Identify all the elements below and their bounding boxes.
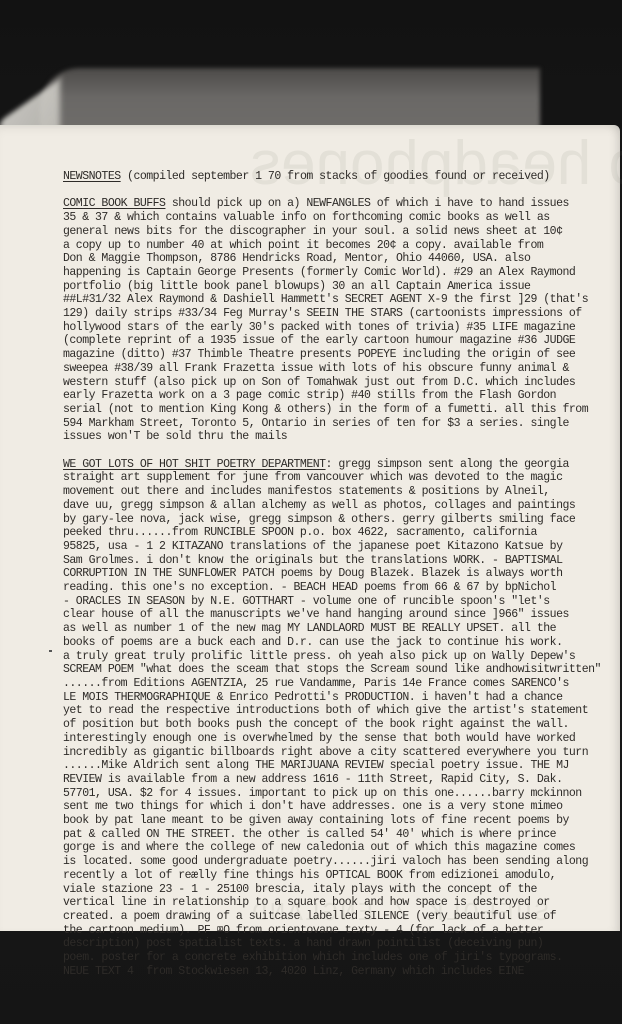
line-text: ......Mike Aldrich sent along THE MARIJU…: [63, 758, 569, 772]
text-line: portfolio (big little book panel blowups…: [63, 280, 547, 294]
text-line: yet to read the respective introductions…: [63, 704, 547, 718]
text-line: hollywood stars of the early 30's packed…: [63, 321, 547, 335]
line-text: 594 Markham Street, Toronto 5, Ontario i…: [63, 416, 569, 430]
line-text: sweepea #38/39 all Frank Frazetta issue …: [63, 361, 569, 375]
line-text: books of poems are a buck each and D.r. …: [63, 635, 562, 649]
line-text: as well as number 1 of the new mag MY LA…: [63, 621, 556, 635]
line-text: issues won'T be sold thru the mails: [63, 429, 287, 443]
newsnotes-subtitle: (compiled september 1 70 from stacks of …: [121, 169, 550, 183]
line-text: NEUE TEXT 4 from Stockwiesen 13, 4020 Li…: [63, 964, 524, 978]
text-line: poem. poster for a concrete exhibition w…: [63, 951, 547, 965]
line-text: LE MOIS THERMOGRAPHIQUE & Enrico Pedrott…: [63, 690, 562, 704]
text-line: a truly great truly prolific little pres…: [63, 650, 547, 664]
text-line: magazine (ditto) #37 Thimble Theatre pre…: [63, 348, 547, 362]
line-text: gorge is and where the college of new ca…: [63, 840, 575, 854]
line-text: CORRUPTION IN THE SUNFLOWER PATCH poems …: [63, 566, 562, 580]
text-line: ##L#31/32 Alex Raymond & Dashiell Hammet…: [63, 293, 547, 307]
text-line: vertical line in relationship to a squar…: [63, 896, 547, 910]
text-line: dave uu, gregg simpson & allan alchemy a…: [63, 499, 547, 513]
text-line: 95825, usa - 1 2 KITAZANO translations o…: [63, 540, 547, 554]
line-text: portfolio (big little book panel blowups…: [63, 279, 530, 293]
text-line: 129) daily strips #33/34 Feg Murray's SE…: [63, 307, 547, 321]
line-text: : gregg simpson sent along the georgia: [326, 457, 569, 471]
line-text: should pick up on a) NEWFANGLES of which…: [165, 196, 568, 210]
text-line: LE MOIS THERMOGRAPHIQUE & Enrico Pedrott…: [63, 691, 547, 705]
line-text: 129) daily strips #33/34 Feg Murray's SE…: [63, 306, 582, 320]
line-text: 35 & 37 & which contains valuable info o…: [63, 210, 550, 224]
text-line: 594 Markham Street, Toronto 5, Ontario i…: [63, 417, 547, 431]
text-line: books of poems are a buck each and D.r. …: [63, 636, 547, 650]
text-line: description) post spatialist texts. a ha…: [63, 937, 547, 951]
text-line: NEUE TEXT 4 from Stockwiesen 13, 4020 Li…: [63, 965, 547, 979]
line-text: hollywood stars of the early 30's packed…: [63, 320, 575, 334]
text-line: interestingly enough one is overwhelmed …: [63, 732, 547, 746]
text-line: WE GOT LOTS OF HOT SHIT POETRY DEPARTMEN…: [63, 458, 547, 472]
text-line: peeked thru......from RUNCIBLE SPOON p.o…: [63, 526, 547, 540]
line-text: general news bits for the discographer i…: [63, 224, 562, 238]
line-text: by gary-lee nova, jack wise, gregg simps…: [63, 512, 575, 526]
line-text: dave uu, gregg simpson & allan alchemy a…: [63, 498, 575, 512]
text-line: 35 & 37 & which contains valuable info o…: [63, 211, 547, 225]
line-text: pat & called ON THE STREET. the other is…: [63, 827, 556, 841]
line-text: recently a lot of reælly fine things his…: [63, 868, 556, 882]
line-text: SCREAM POEM "what does the sceam that st…: [63, 662, 601, 676]
line-text: peeked thru......from RUNCIBLE SPOON p.o…: [63, 525, 537, 539]
section-heading: COMIC BOOK BUFFS: [63, 196, 165, 210]
text-line: book by pat lane meant to be given away …: [63, 814, 547, 828]
text-line: sent me two things for which i don't hav…: [63, 800, 547, 814]
section-comic-book-buffs: COMIC BOOK BUFFS should pick up on a) NE…: [63, 197, 547, 444]
text-line: - ORACLES IN SEASON by N.E. GOTTHART - v…: [63, 595, 547, 609]
line-text: interestingly enough one is overwhelmed …: [63, 731, 575, 745]
line-text: viale stazione 23 - 1 - 25100 brescia, i…: [63, 882, 537, 896]
text-line: by gary-lee nova, jack wise, gregg simps…: [63, 513, 547, 527]
text-line: (complete reprint of a 1935 issue of the…: [63, 334, 547, 348]
line-text: is located. some good undergraduate poet…: [63, 854, 588, 868]
line-text: straight art supplement for june from va…: [63, 470, 562, 484]
line-text: a truly great truly prolific little pres…: [63, 649, 575, 663]
text-line: as well as number 1 of the new mag MY LA…: [63, 622, 547, 636]
line-text: of position but both books push the conc…: [63, 717, 569, 731]
text-line: of position but both books push the conc…: [63, 718, 547, 732]
line-text: clear house of all the manuscripts we've…: [63, 607, 569, 621]
text-line: recently a lot of reælly fine things his…: [63, 869, 547, 883]
line-text: book by pat lane meant to be given away …: [63, 813, 569, 827]
text-line: sweepea #38/39 all Frank Frazetta issue …: [63, 362, 547, 376]
line-text: western stuff (also pick up on Son of To…: [63, 375, 575, 389]
text-line: straight art supplement for june from va…: [63, 471, 547, 485]
text-line: created. a poem drawing of a suitcase la…: [63, 910, 547, 924]
line-text: created. a poem drawing of a suitcase la…: [63, 909, 556, 923]
text-line: clear house of all the manuscripts we've…: [63, 608, 547, 622]
text-line: movement out there and includes manifest…: [63, 485, 547, 499]
line-text: serial (not to mention King Kong & other…: [63, 402, 588, 416]
text-line: ......Mike Aldrich sent along THE MARIJU…: [63, 759, 547, 773]
text-line: gorge is and where the college of new ca…: [63, 841, 547, 855]
text-line: viale stazione 23 - 1 - 25100 brescia, i…: [63, 883, 547, 897]
line-text: happening is Captain George Presents (fo…: [63, 265, 575, 279]
margin-mark: [49, 650, 52, 652]
text-line: COMIC BOOK BUFFS should pick up on a) NE…: [63, 197, 547, 211]
document-body: NEWSNOTES (compiled september 1 70 from …: [63, 170, 547, 992]
text-line: REVIEW is available from a new address 1…: [63, 773, 547, 787]
section-heading: WE GOT LOTS OF HOT SHIT POETRY DEPARTMEN…: [63, 457, 326, 471]
line-text: reading. this one's no exception. - BEAC…: [63, 580, 556, 594]
line-text: incredibly as gigantic billboards right …: [63, 745, 588, 759]
line-text: the cartoon medium). PF ⌧O from orientov…: [63, 923, 543, 937]
line-text: ......from Editions AGENTZIA, 25 rue Van…: [63, 676, 569, 690]
section-poetry-department: WE GOT LOTS OF HOT SHIT POETRY DEPARTMEN…: [63, 458, 547, 979]
line-text: poem. poster for a concrete exhibition w…: [63, 950, 562, 964]
text-line: reading. this one's no exception. - BEAC…: [63, 581, 547, 595]
newsnotes-heading-line: NEWSNOTES (compiled september 1 70 from …: [63, 170, 547, 184]
line-text: a copy up to number 40 at which point it…: [63, 238, 543, 252]
text-line: 57701, USA. $2 for 4 issues. important t…: [63, 787, 547, 801]
line-text: movement out there and includes manifest…: [63, 484, 550, 498]
line-text: description) post spatialist texts. a ha…: [63, 936, 543, 950]
text-line: serial (not to mention King Kong & other…: [63, 403, 547, 417]
text-line: is located. some good undergraduate poet…: [63, 855, 547, 869]
line-text: (complete reprint of a 1935 issue of the…: [63, 333, 575, 347]
line-text: yet to read the respective introductions…: [63, 703, 588, 717]
line-text: magazine (ditto) #37 Thimble Theatre pre…: [63, 347, 575, 361]
text-line: CORRUPTION IN THE SUNFLOWER PATCH poems …: [63, 567, 547, 581]
text-line: western stuff (also pick up on Son of To…: [63, 376, 547, 390]
text-line: a copy up to number 40 at which point it…: [63, 239, 547, 253]
newsnotes-title: NEWSNOTES: [63, 169, 121, 183]
text-line: incredibly as gigantic billboards right …: [63, 746, 547, 760]
text-line: early Frazetta work on a 3 page comic st…: [63, 389, 547, 403]
line-text: REVIEW is available from a new address 1…: [63, 772, 562, 786]
line-text: ##L#31/32 Alex Raymond & Dashiell Hammet…: [63, 292, 588, 306]
text-line: pat & called ON THE STREET. the other is…: [63, 828, 547, 842]
line-text: 95825, usa - 1 2 KITAZANO translations o…: [63, 539, 562, 553]
line-text: Don & Maggie Thompson, 8786 Hendricks Ro…: [63, 251, 530, 265]
text-line: issues won'T be sold thru the mails: [63, 430, 547, 444]
line-text: - ORACLES IN SEASON by N.E. GOTTHART - v…: [63, 594, 550, 608]
line-text: sent me two things for which i don't hav…: [63, 799, 562, 813]
text-line: the cartoon medium). PF ⌧O from orientov…: [63, 924, 547, 938]
text-line: Don & Maggie Thompson, 8786 Hendricks Ro…: [63, 252, 547, 266]
text-line: SCREAM POEM "what does the sceam that st…: [63, 663, 547, 677]
line-text: vertical line in relationship to a squar…: [63, 895, 550, 909]
text-line: ......from Editions AGENTZIA, 25 rue Van…: [63, 677, 547, 691]
text-line: happening is Captain George Presents (fo…: [63, 266, 547, 280]
line-text: 57701, USA. $2 for 4 issues. important t…: [63, 786, 582, 800]
line-text: early Frazetta work on a 3 page comic st…: [63, 388, 556, 402]
text-line: general news bits for the discographer i…: [63, 225, 547, 239]
text-line: Sam Grolmes. i don't know the originals …: [63, 554, 547, 568]
line-text: Sam Grolmes. i don't know the originals …: [63, 553, 562, 567]
